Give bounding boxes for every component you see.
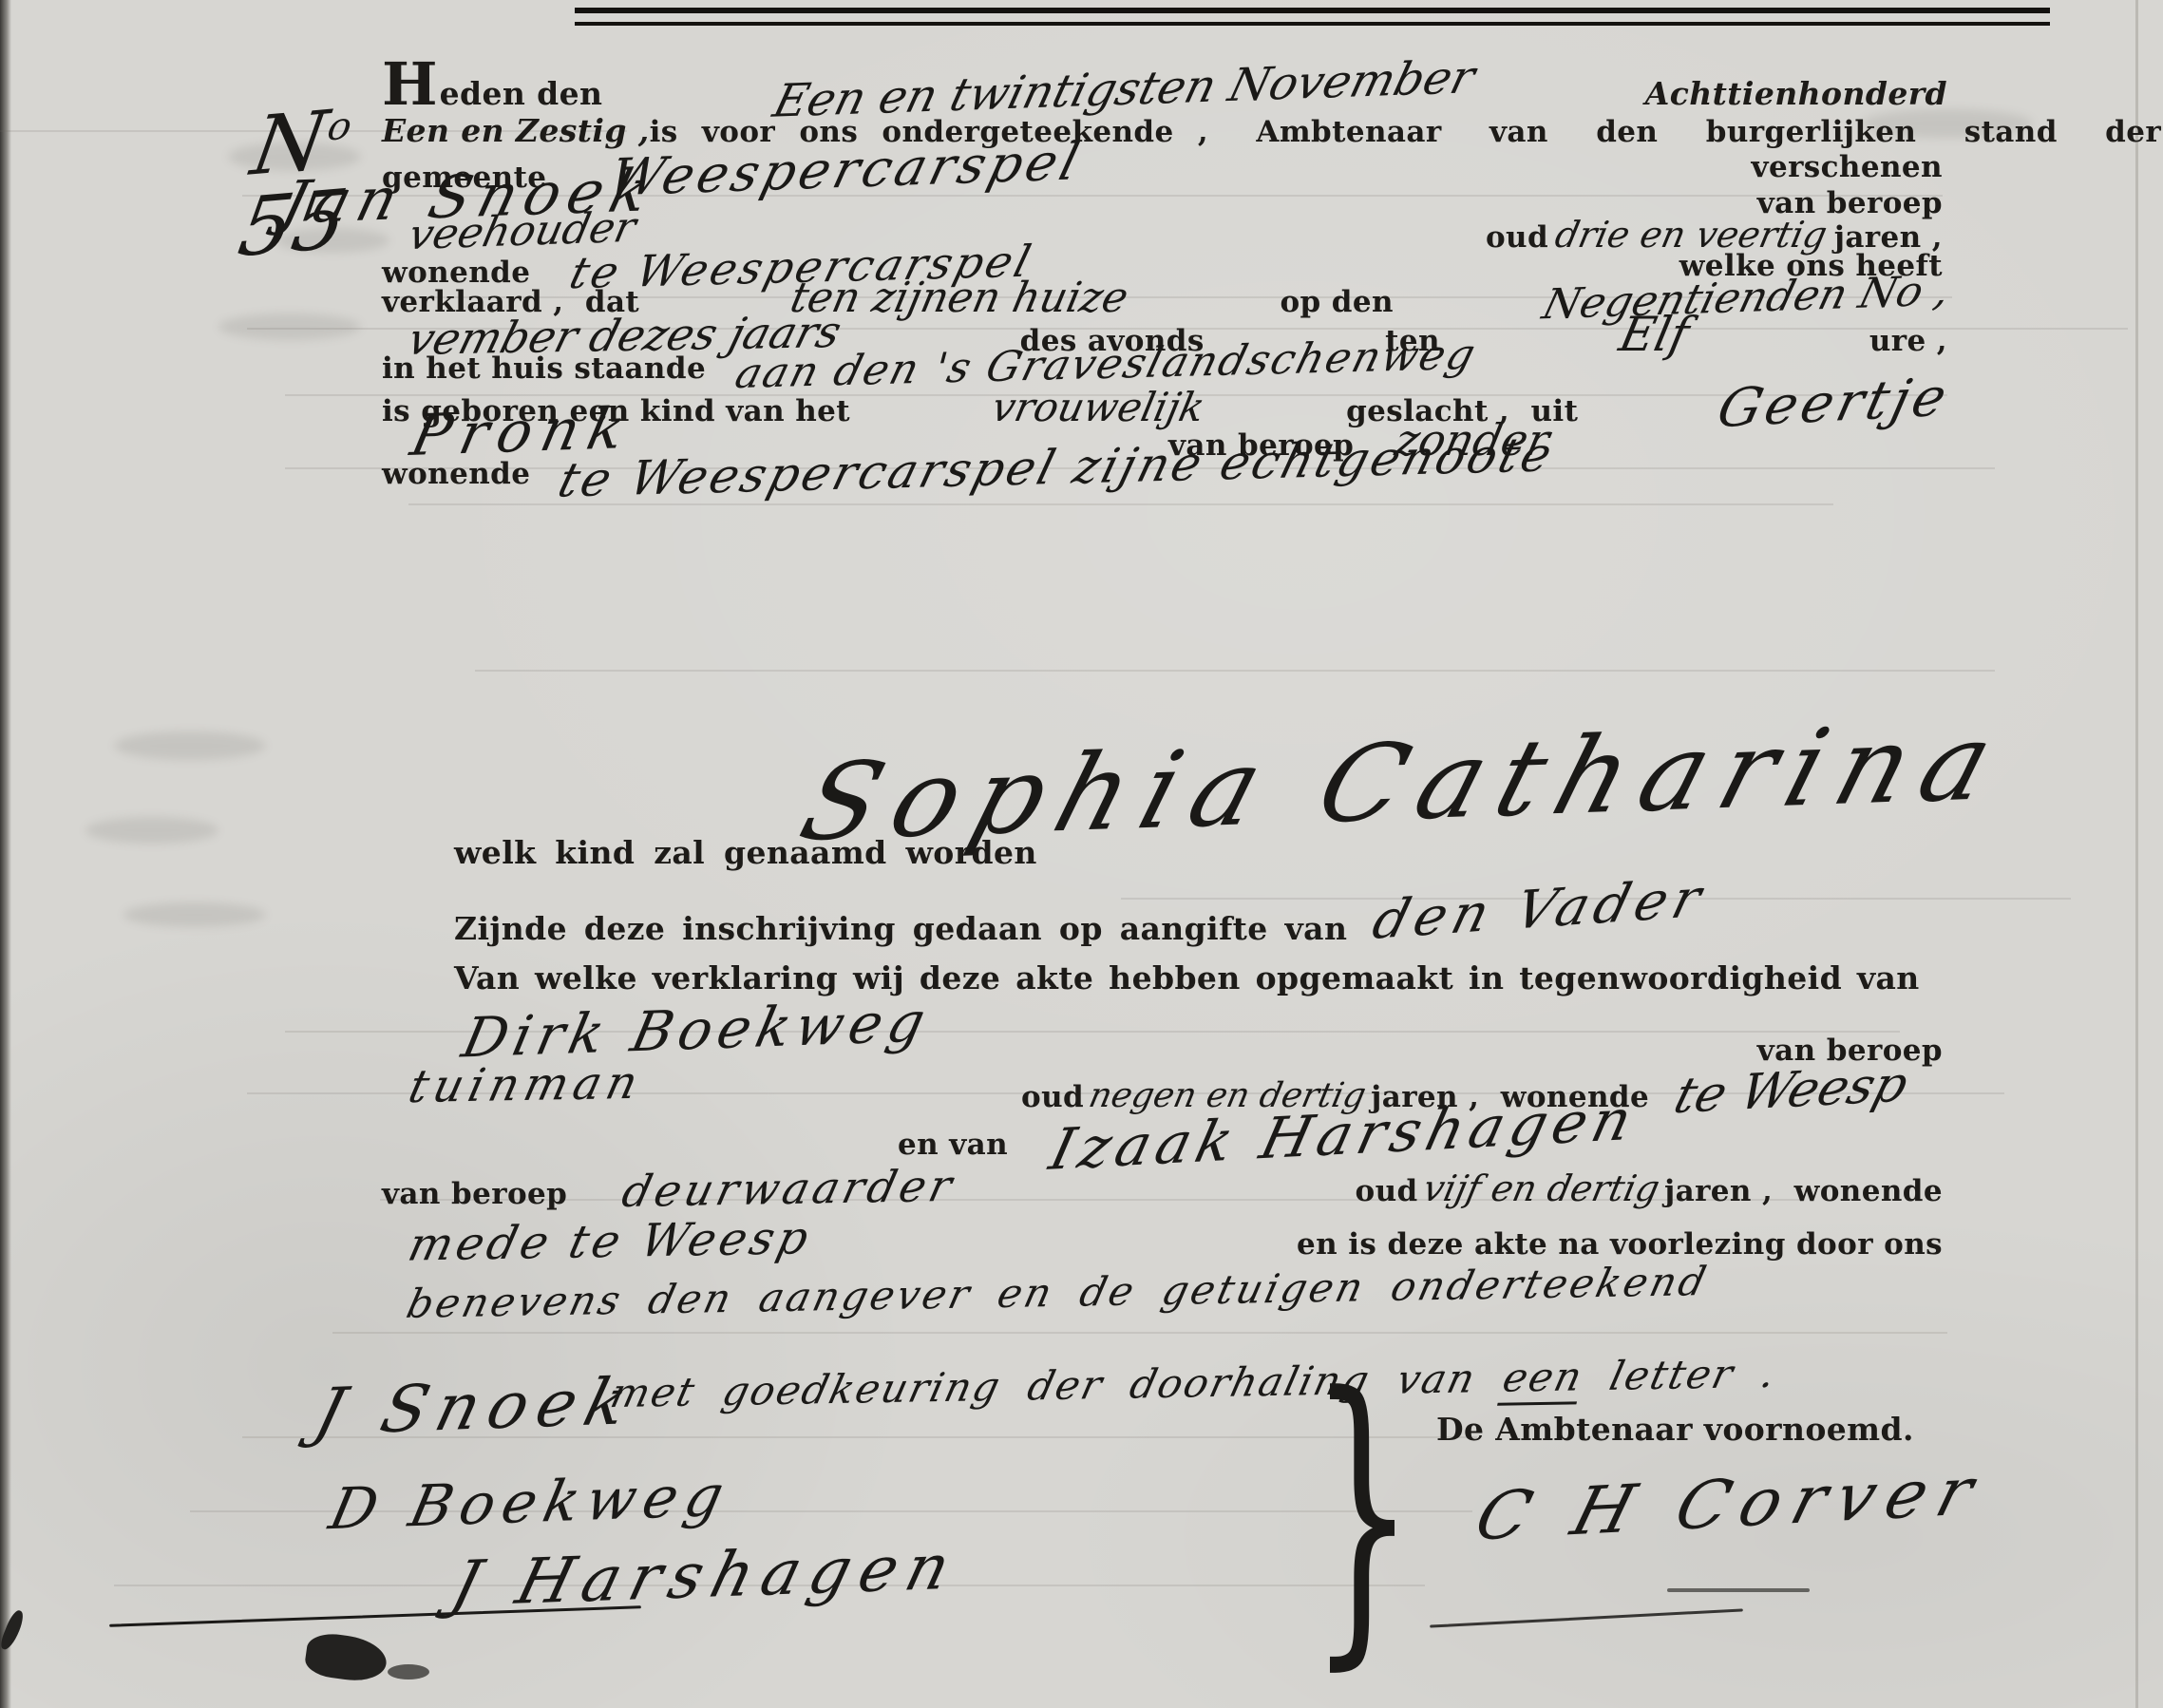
printed-heden-den: Heden den [382,49,602,119]
double-rule [575,8,2050,26]
signature-official: C H Corver [1469,1457,1991,1549]
signature-witness1: D Boekweg [325,1468,736,1539]
hw-den-vader: den Vader [1367,872,1711,948]
hw-witness2-residence: mede te Weesp [405,1215,817,1267]
brace: } [1309,1357,1415,1670]
hw-child-name: Sophia Catharina [790,709,2019,856]
signature-declarant: J Snoek [309,1370,643,1446]
ink-blot [388,1664,429,1680]
printed-witness-intro: Van welke verklaring wij deze akte hebbe… [454,959,1920,996]
signature-witness2: J Harshagen [446,1536,965,1616]
hw-closing-line2c: letter . [1577,1350,1781,1400]
hw-witness2-occupation: deurwaarder [618,1164,959,1213]
printed-wonende-2: wonende [382,457,530,491]
bleedthrough-smudge [123,902,266,927]
scanned-birth-record-page: No 55 Heden den Een en twintigsten Novem… [0,0,2163,1708]
hw-mother-first-name: Geertje [1713,371,1955,436]
printed-oud-1: oud [1486,220,1548,255]
hw-declarant-age: drie en veertig [1552,217,1831,253]
bleedthrough-smudge [85,817,218,844]
printed-zijnde-inschrijving: Zijnde deze inschrijving gedaan op aangi… [454,910,1347,947]
hw-closing-een-underlined: een [1497,1353,1588,1405]
fold-line [2135,0,2138,1708]
hw-birth-hour: Elf [1616,311,1694,358]
bleedthrough-smudge [114,731,266,760]
hw-witness1-residence: te Weesp [1669,1060,1913,1121]
printed-ure: ure , [1869,324,1947,358]
hw-witness1-name: Dirk Boekweg [458,995,936,1066]
printed-oud-3: oud [1356,1174,1418,1208]
official-title: De Ambtenaar voornoemd. [1436,1411,1914,1448]
official-flourish-dash [1667,1588,1810,1592]
printed-verschenen-wrap: verschenen [1752,150,1943,184]
ruled-guide-line [475,670,1995,672]
printed-en-van: en van [898,1128,1008,1162]
printed-jaren-3: jaren , wonende [1664,1174,1943,1208]
ink-blot [303,1630,389,1684]
hw-witness2-age: vijf en dertig [1420,1170,1662,1206]
printed-achttienhonderd: Achttienhonderd [1645,75,1947,112]
scan-edge [0,0,11,1708]
hw-municipality: Weespercarspel [604,136,1088,203]
hw-mother-residence: te Weespercarspel zijne echtgenoote [554,430,1560,503]
hw-closing-line1: benevens den aangever en de getuigen ond… [403,1262,1712,1324]
printed-van-beroep-4: van beroep [382,1177,567,1211]
printed-verschenen: verschenen [1752,150,1943,184]
hw-witness1-occupation: tuinman [405,1060,648,1110]
official-flourish [1430,1608,1743,1627]
printed-voorlezing: en is deze akte na voorlezing door ons [1297,1227,1943,1262]
